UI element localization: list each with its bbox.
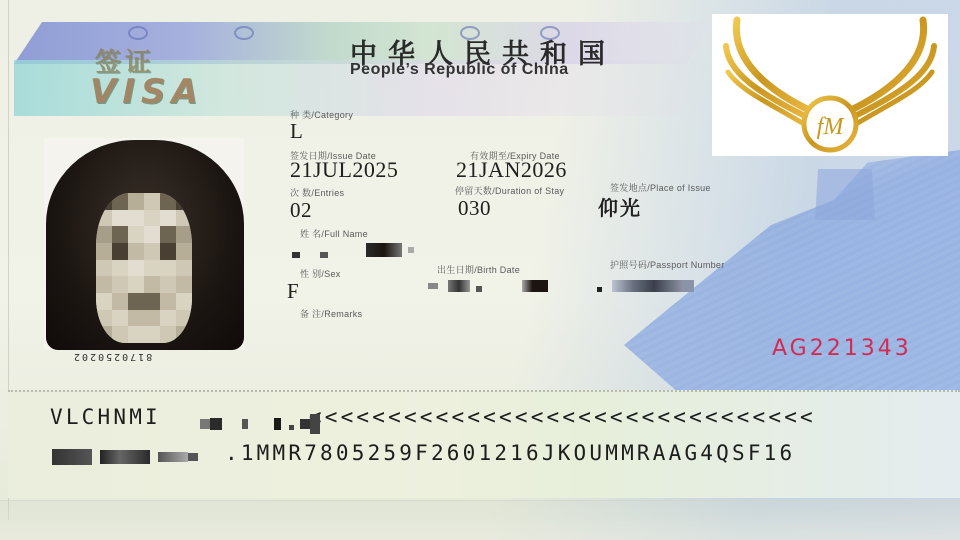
birth-date-redacted xyxy=(428,280,548,292)
issue-date-value: 21JUL2025 xyxy=(290,157,398,183)
mrz-line-1: VLCHNMI<<<<<<<<<<<<<<<<<<<<<<<<<<<<<<<< xyxy=(50,405,816,429)
entries-value: 02 xyxy=(290,198,312,223)
winged-monogram-logo-icon: fM xyxy=(712,14,948,156)
photo-face-pixelated xyxy=(96,193,192,343)
holo-rosette-icon xyxy=(234,26,254,40)
country-name-en: People’s Republic of China xyxy=(350,61,569,79)
mrz-line-1-fill: <<<<<<<<<<<<<<<<<<<<<<<<<<<<<<<< xyxy=(309,405,816,429)
mrz-line-2-redaction xyxy=(52,449,198,465)
sex-value: F xyxy=(287,279,299,304)
mrz-line-2-suffix: .1MMR7805259F2601216JKOUMMRAAG4QSF16 xyxy=(225,441,795,465)
svg-text:fM: fM xyxy=(817,114,846,140)
sex-label: 性 别/Sex xyxy=(300,267,341,280)
mrz-line-1-prefix: VLCHNMI xyxy=(50,405,161,429)
duration-value: 030 xyxy=(458,196,491,221)
passport-number-label: 护照号码/Passport Number xyxy=(610,258,725,271)
visa-serial-number: AG221343 xyxy=(772,336,912,361)
page-fold xyxy=(0,500,960,540)
holo-rosette-icon xyxy=(128,26,148,40)
watchtower-watermark-icon xyxy=(815,160,875,220)
full-name-redacted xyxy=(292,242,414,258)
expiry-date-value: 21JAN2026 xyxy=(456,157,567,183)
visa-watermark-en: VISA xyxy=(90,72,204,112)
full-name-label: 姓 名/Full Name xyxy=(300,227,368,240)
place-of-issue-value: 仰光 xyxy=(598,192,642,221)
passport-number-redacted xyxy=(597,280,694,292)
category-value: L xyxy=(290,119,303,144)
photo-caption-number: 8170250202 xyxy=(72,351,152,362)
birth-date-label: 出生日期/Birth Date xyxy=(437,263,520,276)
remarks-label: 备 注/Remarks xyxy=(300,307,362,320)
agency-logo: fM xyxy=(712,14,948,156)
holder-photo xyxy=(44,138,244,350)
mrz-line-1-redaction xyxy=(200,414,320,434)
visa-page: 签证 VISA 中华人民共和国 People’s Republic of Chi… xyxy=(0,0,960,540)
